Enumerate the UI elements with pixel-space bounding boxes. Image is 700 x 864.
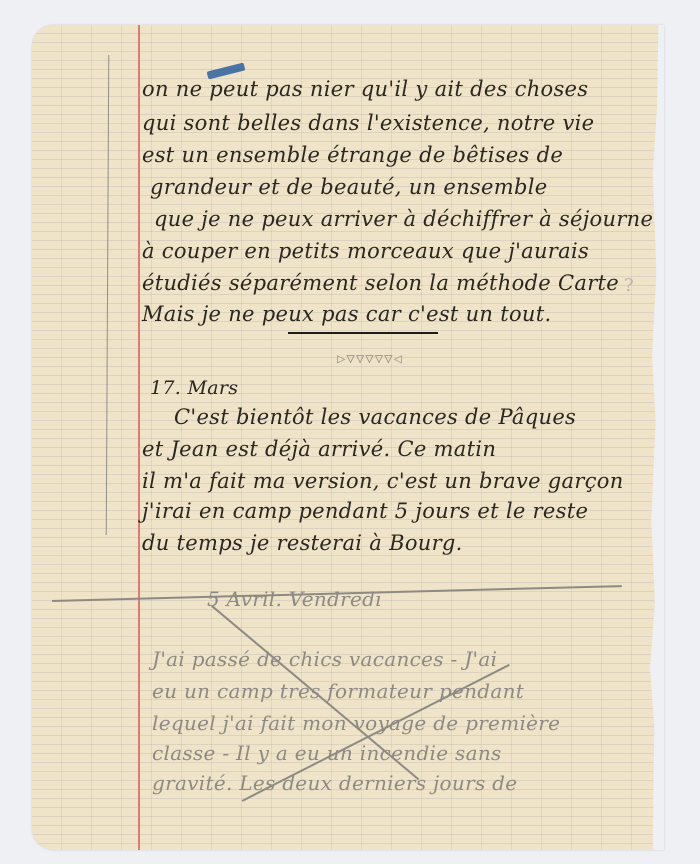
crossed-entry-line: classe - Il y a eu un incendie sans <box>152 741 502 765</box>
pencil-ornament: ▷▽▽▽▽▽◁ <box>337 351 403 367</box>
ink-line: que je ne peux arriver à déchiffrer à sé… <box>154 207 664 231</box>
entry-line: j'irai en camp pendant 5 jours et le res… <box>142 499 588 523</box>
notebook-sheet: on ne peut pas nier qu'il y ait des chos… <box>32 25 664 850</box>
faint-question-mark: ? <box>624 275 634 296</box>
section-divider <box>288 332 438 334</box>
scanned-page: on ne peut pas nier qu'il y ait des chos… <box>0 0 700 864</box>
red-margin-line <box>138 25 140 850</box>
ink-line: étudiés séparément selon la méthode Cart… <box>142 271 619 295</box>
ink-line: grandeur et de beauté, un ensemble <box>150 175 547 199</box>
crossed-entry-line: eu un camp très formateur pendant <box>152 679 524 703</box>
ink-line: Mais je ne peux pas car c'est un tout. <box>142 302 551 326</box>
entry-line: et Jean est déjà arrivé. Ce matin <box>142 437 496 461</box>
entry-line: il m'a fait ma version, c'est un brave g… <box>142 469 624 493</box>
entry-line: du temps je resterai à Bourg. <box>142 531 463 555</box>
entry-date: 17. Mars <box>150 377 238 399</box>
crossed-entry-line: lequel j'ai fait mon voyage de première <box>152 711 560 735</box>
crossed-entry-line: gravité. Les deux derniers jours de <box>152 771 517 795</box>
pencil-margin-line <box>106 55 110 535</box>
torn-right-edge <box>650 25 664 850</box>
crossed-entry-date: 5 Avril. Vendredi <box>207 587 382 611</box>
ink-line: qui sont belles dans l'existence, notre … <box>142 111 594 135</box>
entry-line: C'est bientôt les vacances de Pâques <box>174 405 576 429</box>
ink-line: à couper en petits morceaux que j'aurais <box>142 239 589 263</box>
crossed-entry-line: J'ai passé de chics vacances - J'ai <box>152 647 497 671</box>
ink-line: on ne peut pas nier qu'il y ait des chos… <box>142 77 588 101</box>
ink-line: est un ensemble étrange de bêtises de <box>142 143 563 167</box>
